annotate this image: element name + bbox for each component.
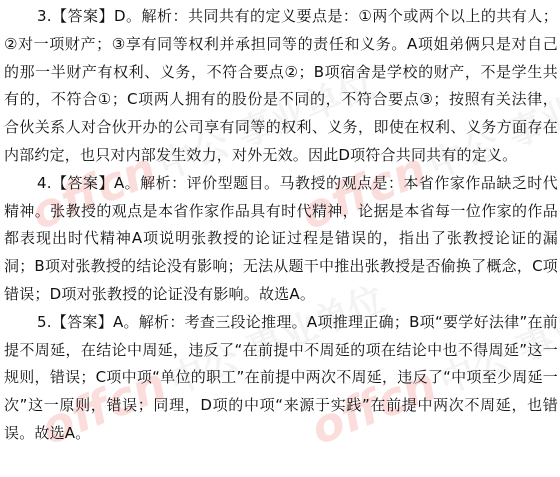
answer-5-explanation: 5.【答案】A。解析：考查三段论推理。A项推理正确；B项“要学好法律”在前提不周… bbox=[4, 309, 558, 448]
answer-4-explanation: 4.【答案】A。解析：评价型题目。马教授的观点是：本省作家作品缺乏时代精神。张教… bbox=[4, 170, 558, 309]
answer-explanations: 3.【答案】D。解析：共同共有的定义要点是：①两个或两个以上的共有人；②对一项财… bbox=[4, 3, 558, 448]
answer-3-explanation: 3.【答案】D。解析：共同共有的定义要点是：①两个或两个以上的共有人；②对一项财… bbox=[4, 3, 558, 170]
